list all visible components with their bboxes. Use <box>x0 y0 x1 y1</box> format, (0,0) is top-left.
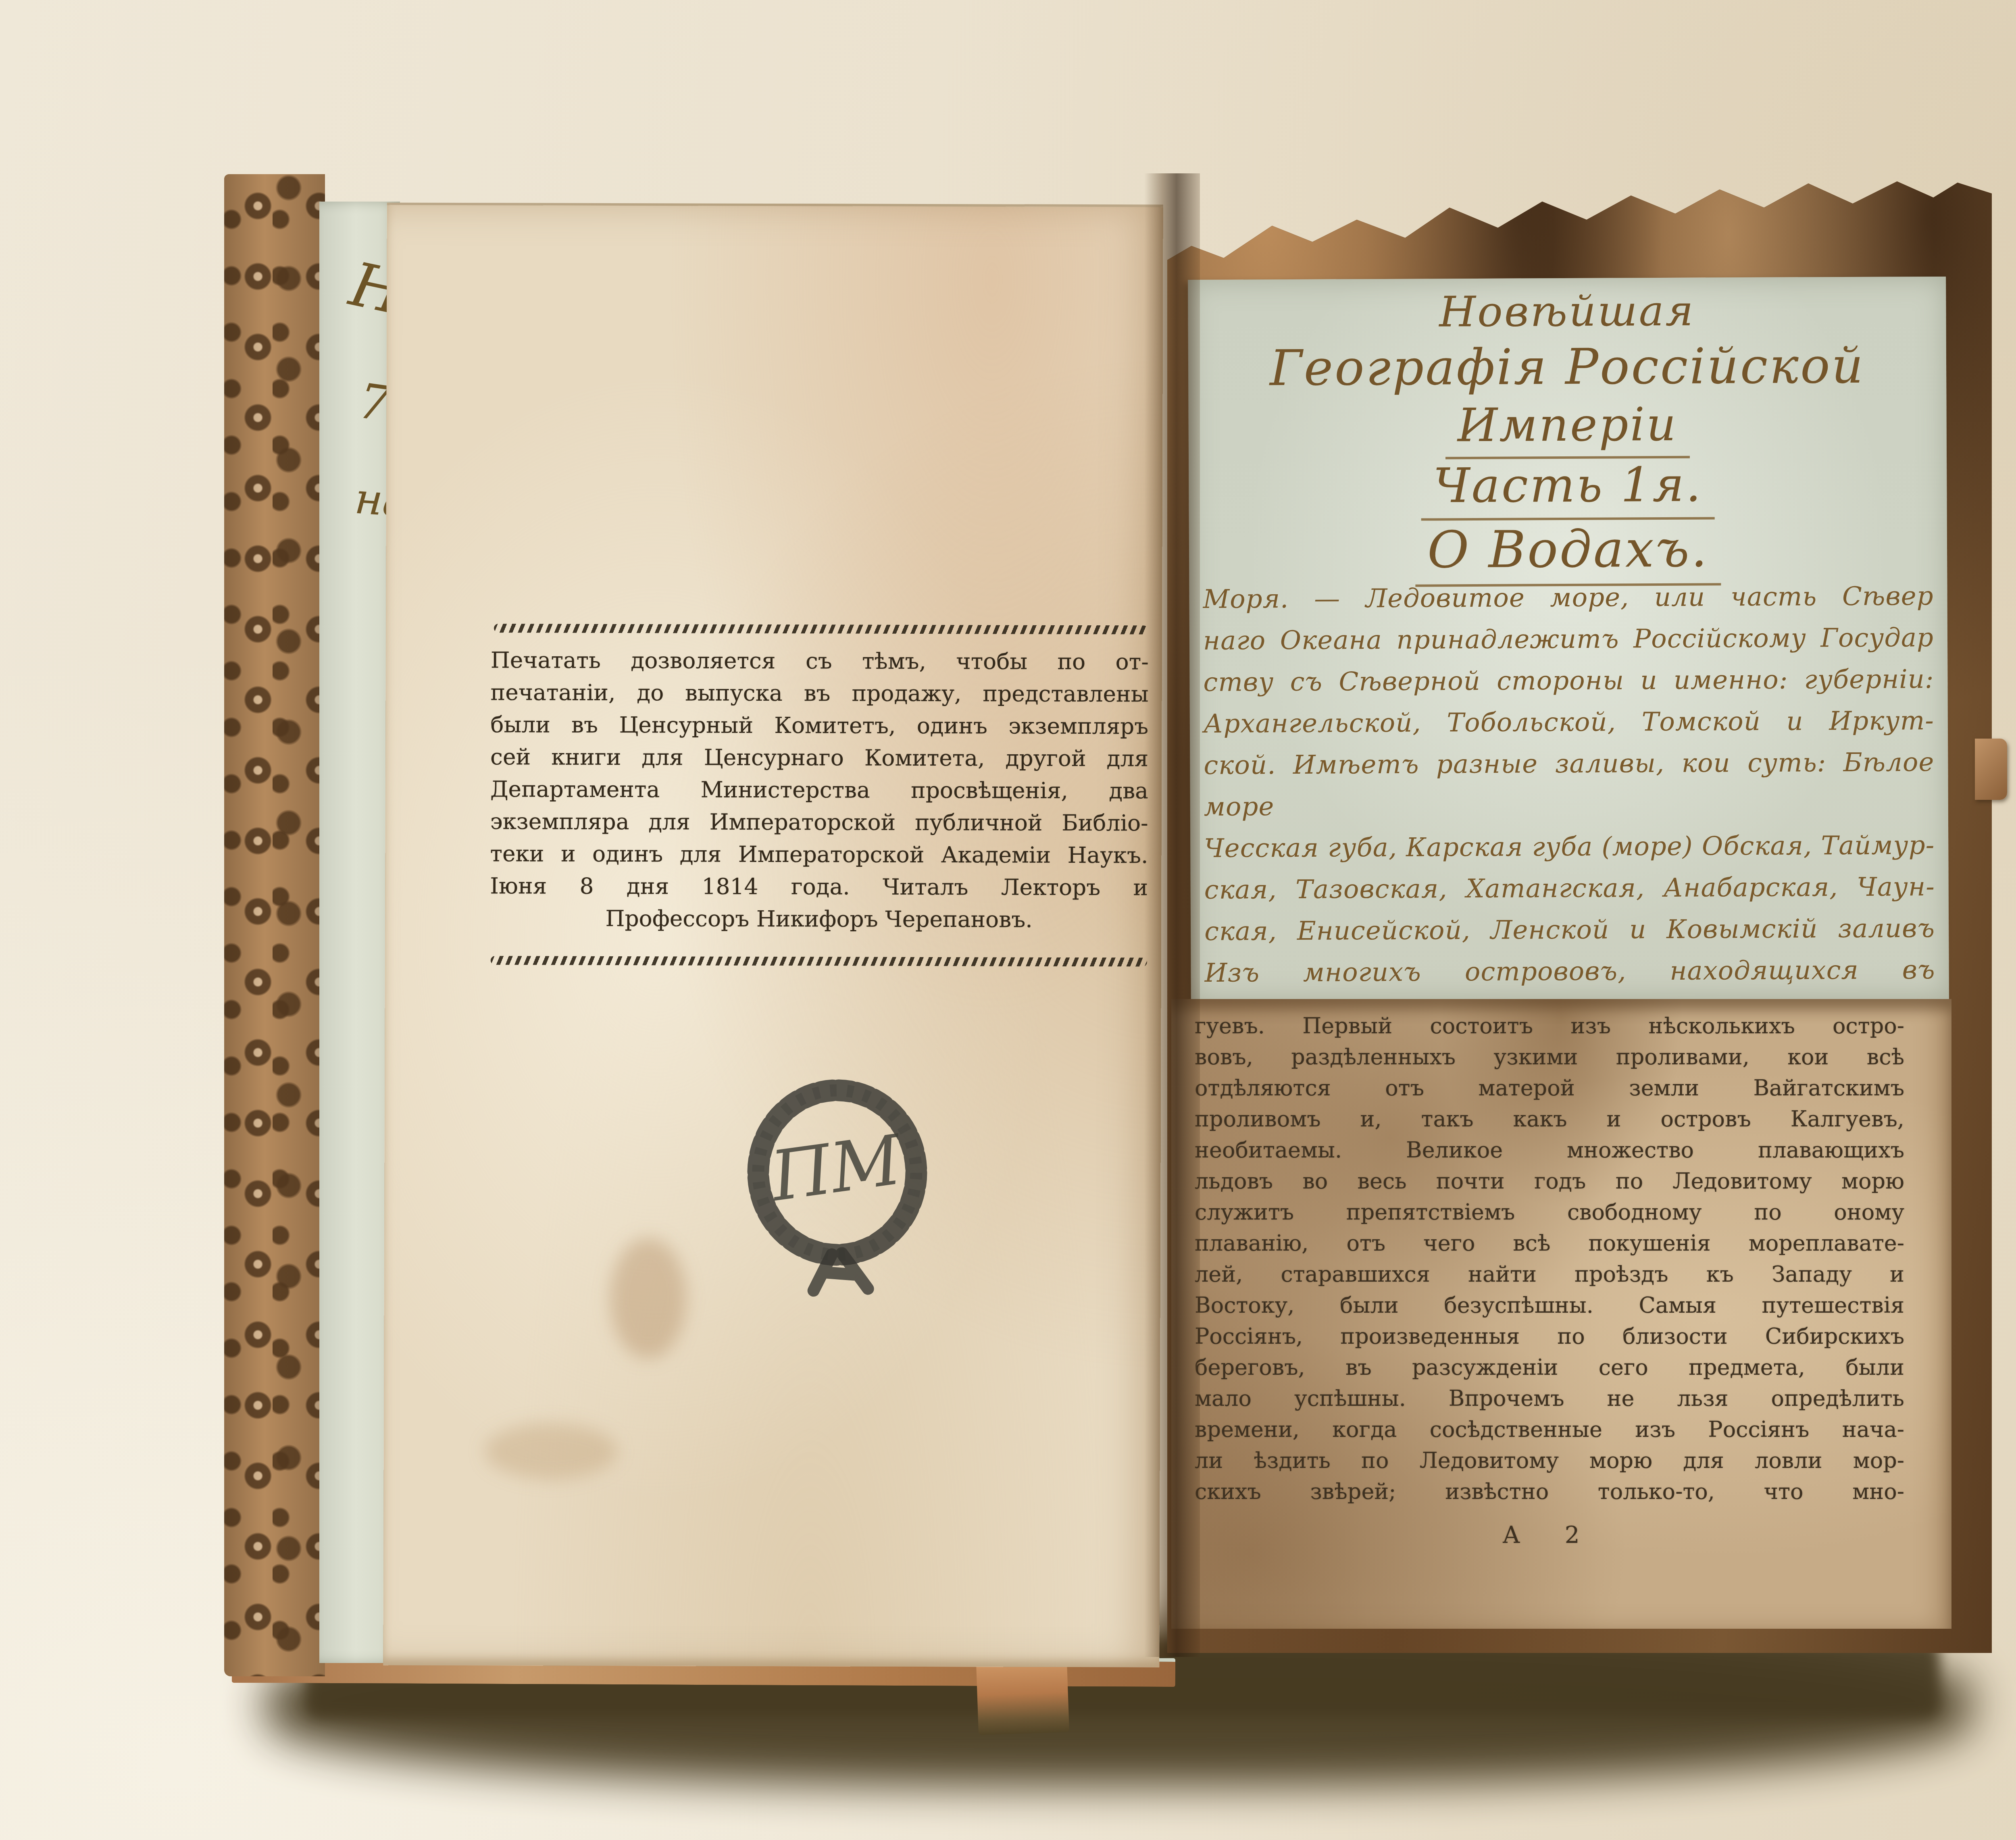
censor-line: экземпляра для Императорской публичной Б… <box>490 805 1148 839</box>
part-label: Часть 1я. <box>1421 456 1715 520</box>
printed-line: проливомъ и, такъ какъ и островъ Калгуев… <box>1195 1103 1904 1134</box>
censor-line: теки и одинъ для Императорской Академіи … <box>490 837 1148 871</box>
leather-corner-tab <box>976 1659 1069 1735</box>
printed-line: гуевъ. Первый состоитъ изъ нѣсколькихъ о… <box>1195 1010 1904 1041</box>
printed-line: береговъ, въ разсужденіи сего предмета, … <box>1195 1352 1904 1383</box>
printed-page: гуевъ. Первый состоитъ изъ нѣсколькихъ о… <box>1171 999 1951 1629</box>
censor-line: Профессоръ Никифоръ Черепановъ. <box>490 902 1148 936</box>
censor-line: печатаніи, до выпуска въ продажу, предст… <box>490 676 1148 710</box>
manuscript-line: ская, Енисейской, Ленской и Ковымскій за… <box>1204 908 1935 953</box>
printed-line: ли ѣздить по Ледовитому морю для ловли м… <box>1195 1445 1904 1476</box>
censor-line: Департамента Министерства просвѣщенія, д… <box>490 773 1148 807</box>
page-stain <box>484 1423 617 1480</box>
printed-line: времени, когда сосѣдственные изъ Россіян… <box>1195 1414 1904 1445</box>
title-line: Имперіи <box>1445 398 1690 460</box>
printed-line: льдовъ во весь почти годъ по Ледовитому … <box>1195 1166 1904 1197</box>
title-line: Географія Россійской <box>1188 335 1947 398</box>
printed-line: вовъ, раздѣленныхъ узкими проливами, кои… <box>1195 1041 1904 1072</box>
manuscript-line: ству съ Сѣверной стороны и именно: губер… <box>1203 659 1934 704</box>
left-page: Печатать дозволяется съ тѣмъ, чтобы по о… <box>383 202 1163 1667</box>
printed-line: служитъ препятствіемъ свободному по оном… <box>1195 1197 1904 1228</box>
ornamental-rule-bottom <box>491 956 1147 966</box>
printed-page-text: гуевъ. Первый состоитъ изъ нѣсколькихъ о… <box>1195 1010 1904 1507</box>
printed-line: необитаемы. Великое множество плавающихъ <box>1195 1134 1904 1166</box>
library-stamp: ПМ <box>729 1071 948 1305</box>
manuscript-line: наго Океана принадлежитъ Россійскому Гос… <box>1203 617 1934 662</box>
stamp-monogram: ПМ <box>765 1120 908 1217</box>
manuscript-line: Чесская губа, Карская губа (море) Обская… <box>1204 825 1935 870</box>
ornamental-rule-top <box>494 624 1148 634</box>
censor-line: Іюня 8 дня 1814 года. Читалъ Лекторъ и <box>490 870 1148 903</box>
title-line: Новѣйшая <box>1188 284 1946 339</box>
page-stain <box>610 1238 687 1359</box>
page-gutter <box>1144 173 1200 1657</box>
manuscript-line: Моря. — Ледовитое море, или часть Сѣвер <box>1203 576 1933 620</box>
censor-line: сей книги для Ценсурнаго Комитета, друго… <box>490 741 1148 774</box>
manuscript-line: ская, Тазовская, Хатангская, Анабарская,… <box>1204 866 1935 911</box>
manuscript-line: Архангельской, Тобольской, Томской и Ирк… <box>1204 700 1934 745</box>
manuscript-line: ской. Имѣетъ разные заливы, кои суть: Бѣ… <box>1204 742 1935 828</box>
printed-line: Востоку, были безуспѣшны. Самыя путешест… <box>1195 1290 1904 1321</box>
printed-line: лей, старавшихся найти проѣздъ къ Западу… <box>1195 1259 1904 1290</box>
censor-line: были въ Ценсурный Комитетъ, одинъ экземп… <box>490 708 1148 742</box>
censor-line: Печатать дозволяется съ тѣмъ, чтобы по о… <box>491 644 1149 678</box>
printed-line: плаванію, отъ чего всѣ покушенія морепла… <box>1195 1228 1904 1259</box>
censor-notice: Печатать дозволяется съ тѣмъ, чтобы по о… <box>490 644 1149 936</box>
printed-line: скихъ звѣрей; извѣстно только-то, что мн… <box>1195 1476 1904 1507</box>
printed-line: мало успѣшны. Впрочемъ не льзя опредѣлит… <box>1195 1383 1904 1414</box>
book-photo: Н 7 на Печатать дозволяется съ тѣмъ, что… <box>0 0 2016 1840</box>
printed-line: отдѣляются отъ матерой земли Вайгатскимъ <box>1195 1072 1904 1103</box>
signature-mark: А 2 <box>1171 1521 1929 1549</box>
printed-line: Россіянъ, произведенныя по близости Сиби… <box>1195 1321 1904 1352</box>
marbled-cover-edge <box>224 174 325 1676</box>
manuscript-title: Новѣйшая Географія Россійской Имперіи Ча… <box>1188 284 1947 584</box>
book-clasp-tab <box>1975 739 2007 800</box>
manuscript-sheet: Новѣйшая Географія Россійской Имперіи Ча… <box>1188 277 1949 1002</box>
